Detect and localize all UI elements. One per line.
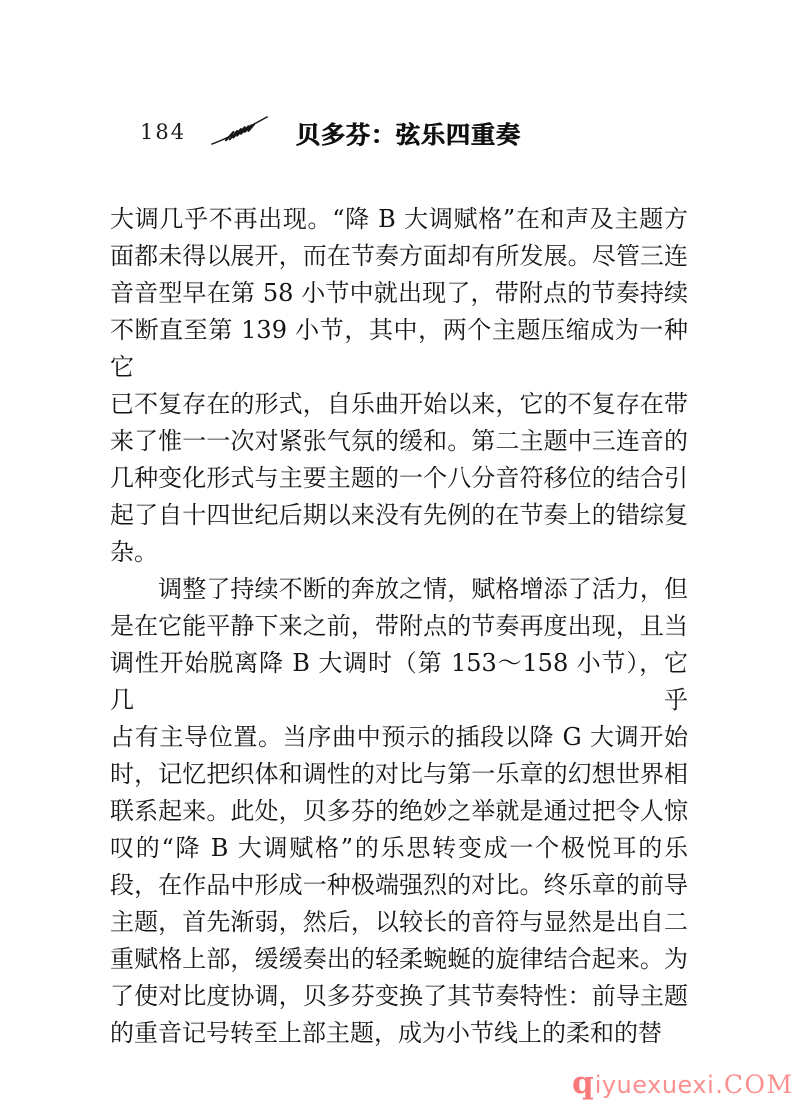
text-line: 音音型早在第 58 小节中就出现了，带附点的节奏持续 <box>110 275 688 312</box>
text-line: 的重音记号转至上部主题，成为小节线上的柔和的替 <box>110 1015 688 1052</box>
text-line: 大调几乎不再出现。“降 B 大调赋格”在和声及主题方 <box>110 201 688 238</box>
text-line: 联系起来。此处，贝多芬的绝妙之举就是通过把令人惊 <box>110 793 688 830</box>
text-line: 了使对比度协调，贝多芬变换了其节奏特性：前导主题 <box>110 978 688 1015</box>
text-line: 时，记忆把织体和调性的对比与第一乐章的幻想世界相 <box>110 756 688 793</box>
watermark-dot: . <box>715 1071 723 1099</box>
text-line: 杂。 <box>110 534 688 571</box>
paragraph-2: 调整了持续不断的奔放之情，赋格增添了活力，但 是在它能平静下来之前，带附点的节奏… <box>110 571 688 1052</box>
text-line: 叹的“降 B 大调赋格”的乐思转变成一个极悦耳的乐 <box>110 830 688 867</box>
book-title: 贝多芬：弦乐四重奏 <box>296 115 521 150</box>
text-line: 调整了持续不断的奔放之情，赋格增添了活力，但 <box>110 571 688 608</box>
book-page: 184 贝多芬：弦乐四重奏 大调几乎不再出现。“降 B 大调赋格”在和声及主题方… <box>0 0 794 1120</box>
quill-icon <box>210 114 270 146</box>
site-watermark: qiyuexuexi.COM <box>572 1068 794 1104</box>
watermark-text: iyuexuexi <box>595 1071 715 1099</box>
body-text: 大调几乎不再出现。“降 B 大调赋格”在和声及主题方 面都未得以展开，而在节奏方… <box>110 201 688 1052</box>
text-line: 主题，首先渐弱，然后，以较长的音符与显然是出自二 <box>110 904 688 941</box>
text-line: 调性开始脱离降 B 大调时（第 153～158 小节），它几乎 <box>110 645 688 719</box>
watermark-q: q <box>572 1068 594 1099</box>
text-line: 起了自十四世纪后期以来没有先例的在节奏上的错综复 <box>110 497 688 534</box>
page-number: 184 <box>140 120 186 144</box>
text-line: 段，在作品中形成一种极端强烈的对比。终乐章的前导 <box>110 867 688 904</box>
text-line: 来了惟一一次对紧张气氛的缓和。第二主题中三连音的 <box>110 423 688 460</box>
paragraph-1: 大调几乎不再出现。“降 B 大调赋格”在和声及主题方 面都未得以展开，而在节奏方… <box>110 201 688 571</box>
text-line: 不断直至第 139 小节，其中，两个主题压缩成为一种它 <box>110 312 688 386</box>
text-line: 面都未得以展开，而在节奏方面却有所发展。尽管三连 <box>110 238 688 275</box>
watermark-com: COM <box>724 1070 794 1099</box>
text-line: 已不复存在的形式，自乐曲开始以来，它的不复存在带 <box>110 386 688 423</box>
text-line: 是在它能平静下来之前，带附点的节奏再度出现，且当 <box>110 608 688 645</box>
text-line: 占有主导位置。当序曲中预示的插段以降 G 大调开始 <box>110 719 688 756</box>
running-head: 184 贝多芬：弦乐四重奏 <box>140 114 521 150</box>
text-line: 几种变化形式与主要主题的一个八分音符移位的结合引 <box>110 460 688 497</box>
text-line: 重赋格上部，缓缓奏出的轻柔蜿蜒的旋律结合起来。为 <box>110 941 688 978</box>
